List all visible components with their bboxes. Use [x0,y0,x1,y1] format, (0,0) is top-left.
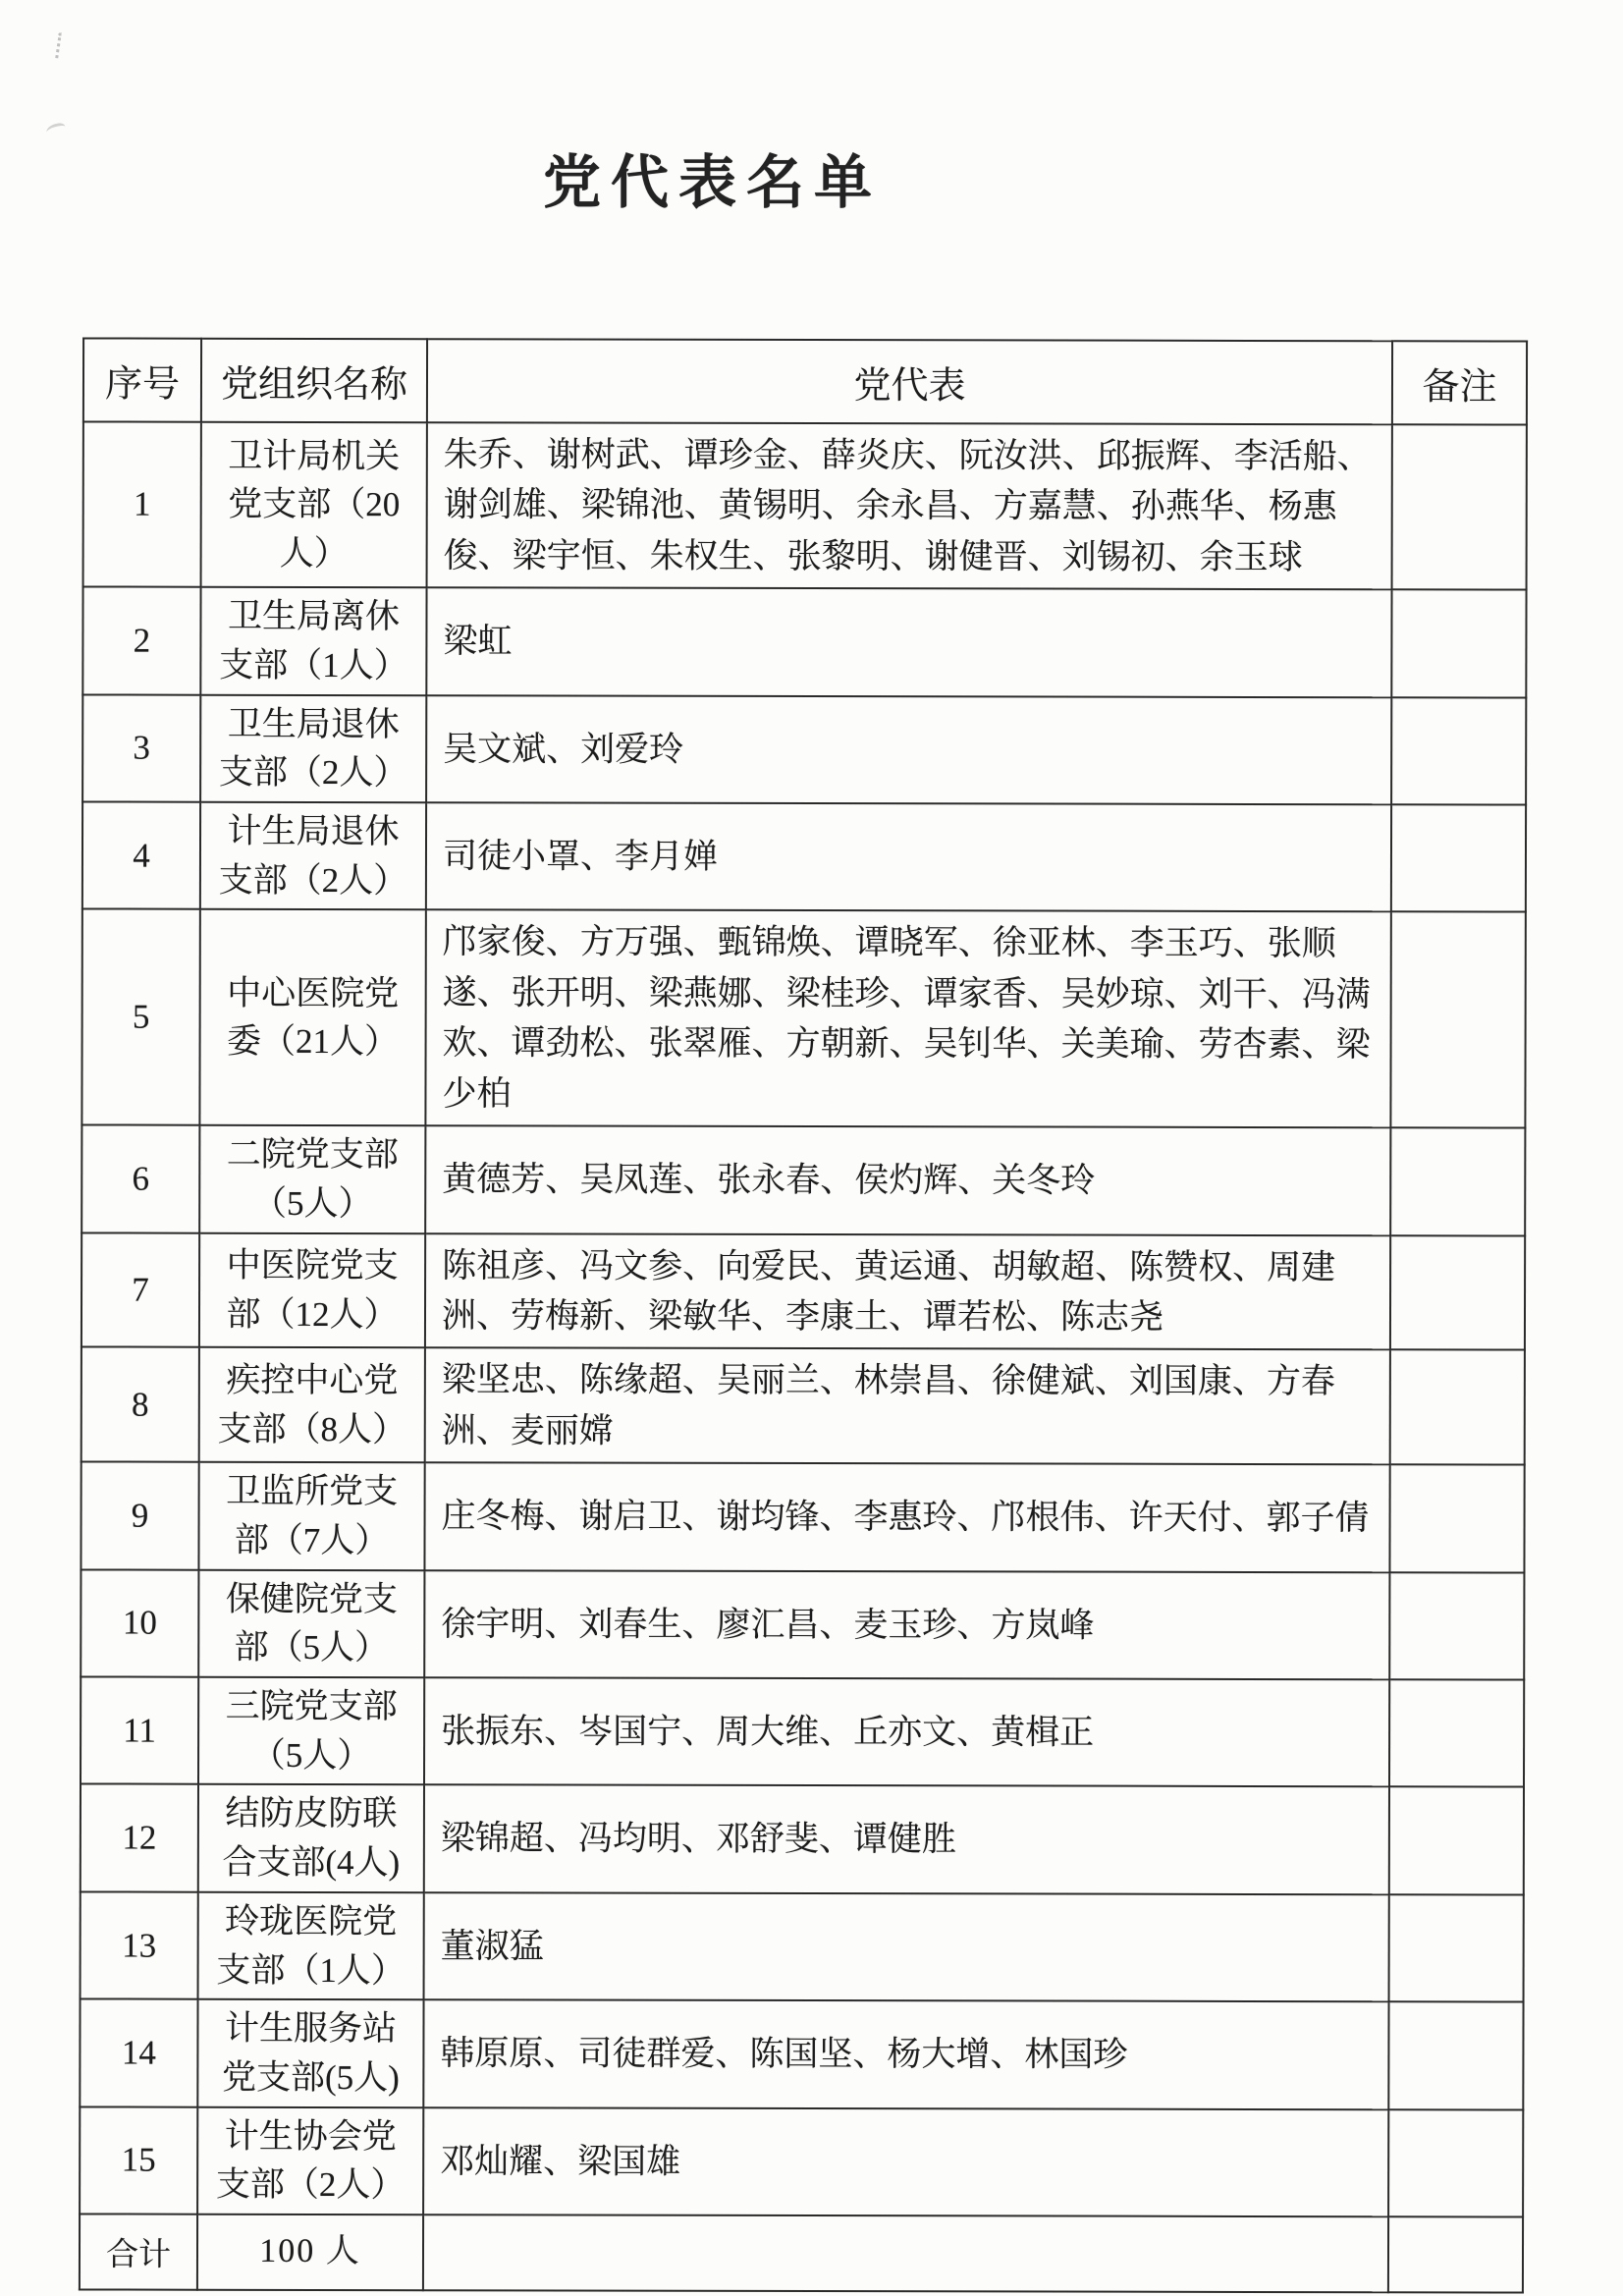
note-cell [1389,1894,1524,2002]
org-cell: 计生服务站党支部(5人) [197,1999,423,2107]
table-row: 11 三院党支部（5人） 张振东、岑国宁、周大维、丘亦文、黄楫正 [81,1677,1524,1787]
serial-cell: 4 [82,802,200,910]
header-note: 备注 [1392,341,1527,424]
page-title: 党代表名单 [543,136,882,219]
note-cell [1390,912,1525,1128]
delegates-table: 序号 党组织名称 党代表 备注 1 卫计局机关党支部（20人） 朱乔、谢树武、谭… [79,337,1528,2293]
org-cell: 保健院党支部（5人） [198,1569,424,1677]
header-serial: 序号 [83,338,201,421]
reps-cell: 董淑猛 [424,1892,1389,2001]
table-row: 4 计生局退休支部（2人） 司徒小罩、李月婵 [82,802,1526,912]
note-cell [1390,1127,1525,1235]
serial-cell: 6 [81,1125,199,1233]
table-row: 14 计生服务站党支部(5人) 韩原原、司徒群爱、陈国坚、杨大增、林国珍 [80,1999,1523,2109]
table-header-row: 序号 党组织名称 党代表 备注 [83,338,1527,424]
table-row: 15 计生协会党支部（2人） 邓灿耀、梁国雄 [80,2106,1523,2216]
total-row: 合计 100 人 [80,2214,1523,2292]
note-cell [1389,1787,1524,1895]
org-cell: 中心医院党委（21人） [199,909,425,1125]
org-cell: 卫计局机关党支部（20人） [201,422,427,588]
reps-cell: 梁坚忠、陈缘超、吴丽兰、林崇昌、徐健斌、刘国康、方春洲、麦丽嫦 [425,1348,1390,1465]
org-cell: 玲珑医院党支部（1人） [198,1892,424,2000]
table-row: 3 卫生局退休支部（2人） 吴文斌、刘爱玲 [82,694,1526,804]
note-cell [1390,1235,1525,1350]
reps-cell: 徐宇明、刘春生、廖汇昌、麦玉珍、方岚峰 [424,1570,1389,1679]
serial-cell: 8 [81,1347,199,1462]
total-value-cell: 100 人 [197,2214,423,2290]
scan-artifact [55,32,71,60]
serial-cell: 9 [81,1462,198,1570]
note-cell [1388,2216,1523,2292]
serial-cell: 10 [81,1569,198,1677]
note-cell [1389,1679,1524,1787]
header-org: 党组织名称 [201,339,427,422]
reps-cell: 朱乔、谢树武、谭珍金、薛炎庆、阮汝洪、邱振辉、李活船、谢剑雄、梁锦池、黄锡明、余… [427,422,1392,589]
org-cell: 二院党支部（5人） [199,1125,425,1233]
note-cell [1389,1465,1524,1573]
org-cell: 结防皮防联合支部(4人) [198,1784,424,1892]
org-cell: 计生局退休支部（2人） [200,802,426,910]
reps-cell: 邝家俊、方万强、甄锦焕、谭晓军、徐亚林、李玉巧、张顺遂、张开明、梁燕娜、梁桂珍、… [425,910,1390,1128]
reps-cell: 庄冬梅、谢启卫、谢均锋、李惠玲、邝根伟、许天付、郭子倩 [424,1463,1389,1572]
note-cell [1388,2109,1523,2217]
table-row: 7 中医院党支部（12人） 陈祖彦、冯文参、向爱民、黄运通、胡敏超、陈赞权、周建… [81,1232,1525,1350]
serial-cell: 5 [81,909,199,1125]
table-row: 2 卫生局离休支部（1人） 梁虹 [82,587,1526,697]
note-cell [1392,424,1527,590]
header-reps: 党代表 [427,339,1392,424]
scan-artifact [45,122,67,137]
note-cell [1391,804,1526,912]
table-row: 1 卫计局机关党支部（20人） 朱乔、谢树武、谭珍金、薛炎庆、阮汝洪、邱振辉、李… [83,421,1527,589]
serial-cell: 14 [80,1999,197,2107]
reps-cell: 梁虹 [426,588,1391,697]
reps-cell: 韩原原、司徒群爱、陈国坚、杨大增、林国珍 [423,1999,1388,2108]
org-cell: 卫生局离休支部（1人） [200,587,426,695]
table-row: 12 结防皮防联合支部(4人) 梁锦超、冯均明、邓舒斐、谭健胜 [81,1784,1524,1894]
org-cell: 卫生局退休支部（2人） [200,694,426,802]
serial-cell: 13 [81,1891,198,1999]
table-row: 8 疾控中心党支部（8人） 梁坚忠、陈缘超、吴丽兰、林崇昌、徐健斌、刘国康、方春… [81,1347,1525,1465]
serial-cell: 1 [83,421,201,587]
note-cell [1388,2001,1523,2109]
table-row: 6 二院党支部（5人） 黄德芳、吴凤莲、张永春、侯灼辉、关冬玲 [81,1125,1525,1235]
reps-cell: 司徒小罩、李月婵 [426,802,1391,911]
document-page: 党代表名单 序号 党组织名称 党代表 备注 1 卫计局机关党支部（20人） 朱乔… [0,0,1623,2296]
total-label-cell: 合计 [80,2214,197,2289]
reps-cell: 梁锦超、冯均明、邓舒斐、谭健胜 [424,1785,1389,1894]
table-row: 9 卫监所党支部（7人） 庄冬梅、谢启卫、谢均锋、李惠玲、邝根伟、许天付、郭子倩 [81,1462,1524,1572]
serial-cell: 15 [80,2106,197,2214]
serial-cell: 2 [82,587,200,695]
reps-cell: 陈祖彦、冯文参、向爱民、黄运通、胡敏超、陈赞权、周建洲、劳梅新、梁敏华、李康土、… [425,1233,1390,1350]
note-cell [1391,697,1526,805]
reps-cell [423,2214,1388,2292]
reps-cell: 黄德芳、吴凤莲、张永春、侯灼辉、关冬玲 [425,1125,1390,1234]
reps-cell: 吴文斌、刘爱玲 [426,695,1391,804]
serial-cell: 12 [81,1784,198,1892]
note-cell [1391,590,1526,698]
org-cell: 计生协会党支部（2人） [197,2106,423,2214]
table-row: 5 中心医院党委（21人） 邝家俊、方万强、甄锦焕、谭晓军、徐亚林、李玉巧、张顺… [81,909,1525,1128]
reps-cell: 张振东、岑国宁、周大维、丘亦文、黄楫正 [424,1677,1389,1786]
org-cell: 疾控中心党支部（8人） [199,1347,425,1462]
serial-cell: 11 [81,1677,198,1785]
org-cell: 三院党支部（5人） [198,1677,424,1785]
org-cell: 中医院党支部（12人） [199,1232,425,1347]
serial-cell: 7 [81,1232,199,1347]
reps-cell: 邓灿耀、梁国雄 [423,2107,1388,2216]
table-row: 13 玲珑医院党支部（1人） 董淑猛 [81,1891,1524,2001]
serial-cell: 3 [82,694,200,802]
org-cell: 卫监所党支部（7人） [198,1462,424,1570]
note-cell [1390,1350,1525,1465]
table-row: 10 保健院党支部（5人） 徐宇明、刘春生、廖汇昌、麦玉珍、方岚峰 [81,1569,1524,1679]
note-cell [1389,1572,1524,1680]
